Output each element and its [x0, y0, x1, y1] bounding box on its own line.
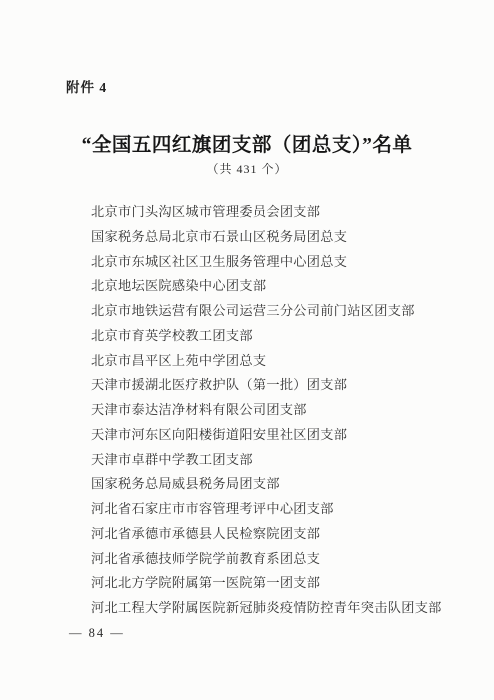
list-item: 天津市泰达洁净材料有限公司团支部: [91, 398, 464, 423]
list-item: 北京市门头沟区城市管理委员会团支部: [91, 200, 464, 225]
attachment-label: 附件 4: [66, 76, 107, 96]
list-item: 河北省承德市承德县人民检察院团支部: [91, 522, 464, 547]
page-title: “全国五四红旗团支部（团总支）”名单: [0, 129, 494, 157]
list-item: 北京市育英学校教工团支部: [91, 324, 464, 349]
branch-list: 北京市门头沟区城市管理委员会团支部 国家税务总局北京市石景山区税务局团总支 北京…: [91, 200, 464, 621]
list-item: 国家税务总局威县税务局团支部: [91, 472, 464, 497]
list-item: 河北省石家庄市市容管理考评中心团支部: [91, 497, 464, 522]
page-subtitle: （共 431 个）: [0, 160, 494, 177]
list-item: 河北工程大学附属医院新冠肺炎疫情防控青年突击队团支部: [91, 596, 464, 621]
list-item: 北京市昌平区上苑中学团总支: [91, 349, 464, 374]
list-item: 北京地坛医院感染中心团支部: [91, 274, 464, 299]
list-item: 天津市河东区向阳楼街道阳安里社区团支部: [91, 423, 464, 448]
list-item: 天津市卓群中学教工团支部: [91, 448, 464, 473]
list-item: 河北北方学院附属第一医院第一团支部: [91, 571, 464, 596]
list-item: 北京市东城区社区卫生服务管理中心团总支: [91, 250, 464, 275]
page-number: — 84 —: [69, 626, 125, 641]
list-item: 北京市地铁运营有限公司运营三分公司前门站区团支部: [91, 299, 464, 324]
list-item: 国家税务总局北京市石景山区税务局团总支: [91, 225, 464, 250]
list-item: 河北省承德技师学院学前教育系团总支: [91, 547, 464, 572]
document-page: 附件 4 “全国五四红旗团支部（团总支）”名单 （共 431 个） 北京市门头沟…: [0, 0, 494, 700]
list-item: 天津市援湖北医疗救护队（第一批）团支部: [91, 373, 464, 398]
